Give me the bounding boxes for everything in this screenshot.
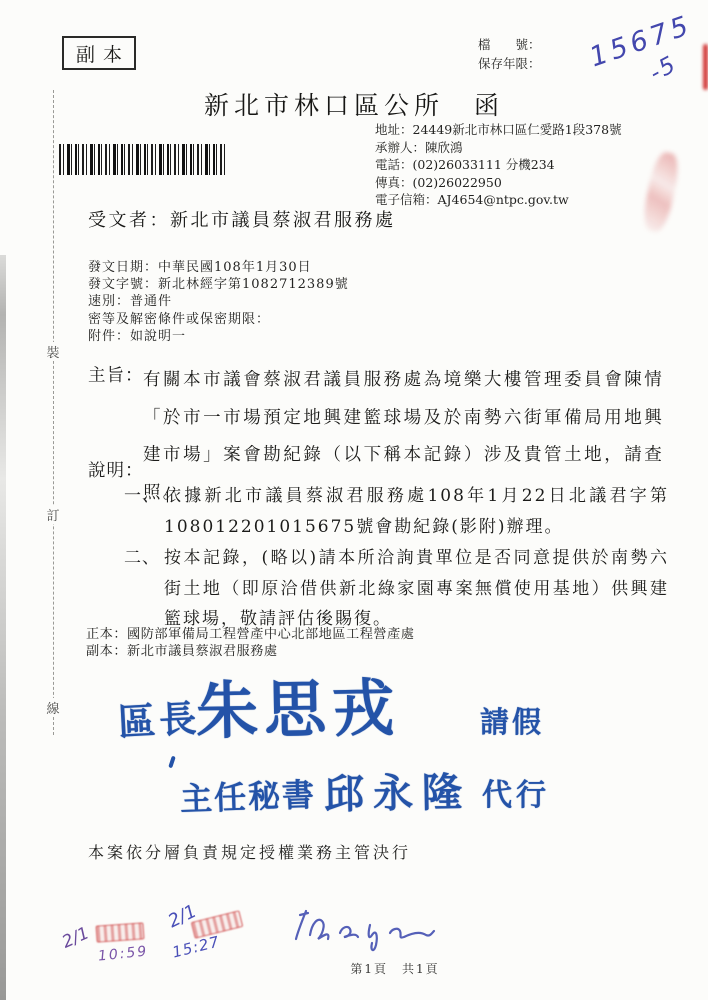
retention-label: 保存年限： <box>478 54 541 73</box>
binding-char-zhuang: 裝 <box>44 342 62 361</box>
issue-date: 發文日期：中華民國108年1月30日 <box>88 259 349 276</box>
handwritten-file-number: 15675 <box>586 10 696 74</box>
explanation-item-1: 一、 依據新北市議員蔡淑君服務處108年1月22日北議君字第1080122010… <box>124 481 672 542</box>
handwritten-signature-scribble <box>292 905 442 960</box>
contact-person: 承辦人：陳欣鴻 <box>375 139 622 157</box>
barcode <box>59 144 227 175</box>
handwritten-file-number-suffix: -5 <box>645 51 681 87</box>
handwritten-time-2: 15:27 <box>171 932 222 961</box>
binding-char-ding: 訂 <box>44 505 62 524</box>
original-recipient: 正本：國防部軍備局工程營產中心北部地區工程營產處 <box>86 626 415 643</box>
attachment-note: 附件：如說明一 <box>88 328 349 345</box>
chief-name-stamp: 朱思戎 <box>195 658 401 751</box>
recipient-line: 受文者：新北市議員蔡淑君服務處 <box>88 206 396 232</box>
distribution-block: 正本：國防部軍備局工程營產中心北部地區工程營產處 副本：新北市議員蔡淑君服務處 <box>86 626 415 660</box>
contact-address: 地址：24449新北市林口區仁愛路1段378號 <box>375 121 622 139</box>
item-number: 一、 <box>124 481 160 506</box>
handwritten-date-1: 2/1 <box>59 923 92 952</box>
doc-number: 發文字號：新北林經字第1082712389號 <box>88 276 349 293</box>
binding-char-xian: 線 <box>44 698 62 717</box>
explanation-label: 說明： <box>88 457 144 482</box>
scanned-official-letter: 裝 訂 線 副本 檔 號： 保存年限： 15675 -5 新北市林口區公所 函 … <box>0 0 708 1000</box>
faint-red-stamp-smudge <box>640 150 682 234</box>
meta-block: 發文日期：中華民國108年1月30日 發文字號：新北林經字第1082712389… <box>88 259 349 345</box>
speed-class: 速別：普通件 <box>88 293 349 310</box>
red-edge-mark <box>703 44 708 90</box>
file-number-block: 檔 號： 保存年限： <box>478 35 541 73</box>
item-number: 二、 <box>124 543 160 568</box>
secretary-name-stamp: 邱永隆 <box>324 761 472 821</box>
handwritten-time-1: 10:59 <box>97 943 149 964</box>
subject-label: 主旨： <box>88 362 144 387</box>
security-class: 密等及解密條件或保密期限： <box>88 311 349 328</box>
secretary-title-stamp: 主任秘書 <box>179 770 317 821</box>
chief-title-stamp: 區長 <box>117 688 202 746</box>
item-text: 依據新北市議員蔡淑君服務處108年1月22日北議君字第1080122010156… <box>164 481 669 542</box>
copy-label-box: 副本 <box>62 36 136 70</box>
binding-margin-line <box>53 90 54 735</box>
contact-phone: 電話：(02)26033111 分機234 <box>375 156 622 174</box>
page-footer: 第1頁 共1頁 <box>290 960 500 977</box>
contact-block: 地址：24449新北市林口區仁愛路1段378號 承辦人：陳欣鴻 電話：(02)2… <box>375 121 622 209</box>
contact-fax: 傳真：(02)26022950 <box>375 174 622 192</box>
explanation-item-2: 二、 按本記錄，(略以)請本所洽詢貴單位是否同意提供於南勢六街土地（即原洽借供新… <box>124 543 672 635</box>
document-title: 新北市林口區公所 函 <box>0 86 708 122</box>
file-no-label: 檔 號： <box>478 35 541 54</box>
item-text: 按本記錄，(略以)請本所洽詢貴單位是否同意提供於南勢六街土地（即原洽借供新北綠家… <box>164 543 669 635</box>
authorization-line: 本案依分層負責規定授權業務主管決行 <box>88 840 411 863</box>
chief-status-stamp: 請假 <box>480 700 544 741</box>
ink-mark <box>168 756 176 769</box>
red-name-stamp-1 <box>95 922 144 942</box>
scan-edge-artifact <box>0 255 6 1000</box>
copy-recipient: 副本：新北市議員蔡淑君服務處 <box>86 643 415 660</box>
contact-email: 電子信箱：AJ4654@ntpc.gov.tw <box>375 191 622 209</box>
secretary-status-stamp: 代行 <box>482 770 550 814</box>
